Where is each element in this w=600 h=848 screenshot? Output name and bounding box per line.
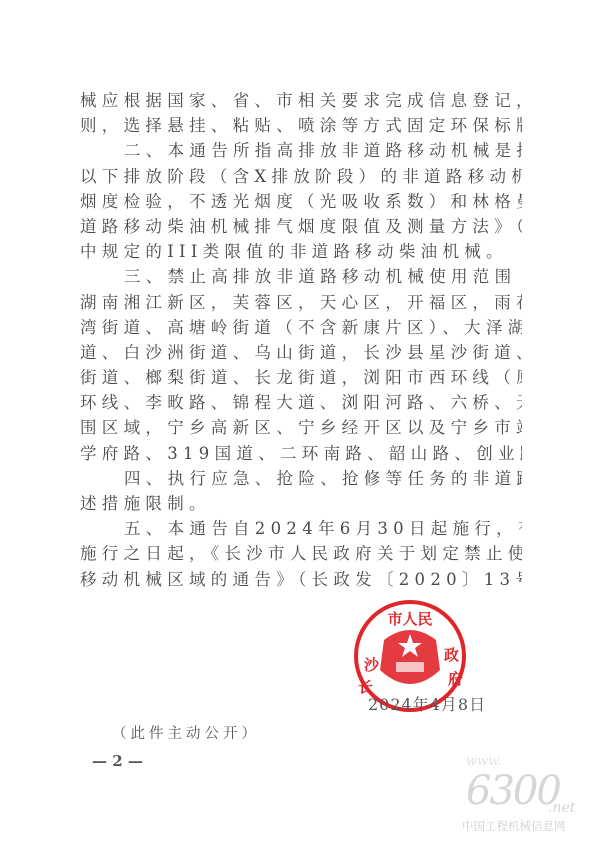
svg-text:沙: 沙	[364, 656, 380, 674]
watermark-number: 6300	[466, 768, 560, 814]
text-line: 施行之日起，《长沙市人民政府关于划定禁止使用高排放非道路	[80, 541, 522, 566]
text-line: 道、白沙洲街道、乌山街道，长沙县星沙街道、湘龙街道、泉塘	[80, 340, 522, 365]
text-line: 道路移动柴油机械排气烟度限值及测量方法》（GB 36886—2018）	[80, 214, 522, 239]
issue-date: 2024年4月8日	[368, 692, 486, 715]
notice-body: 械应根据国家、省、市相关要求完成信息登记，按照统一编码规则，选择悬挂、粘贴、喷涂…	[80, 88, 522, 592]
text-line: 则，选择悬挂、粘贴、喷涂等方式固定环保标牌。	[80, 113, 522, 138]
text-line: 四、执行应急、抢险、抢修等任务的非道路移动机械不受上	[80, 466, 522, 491]
text-line: 环线、李畋路、锦程大道、浏阳河路、六桥、天马路、金沙路合	[80, 390, 522, 415]
text-line: 械应根据国家、省、市相关要求完成信息登记，按照统一编码规	[80, 88, 522, 113]
text-line: 述措施限制。	[80, 491, 522, 516]
page-number: — 2 —	[92, 752, 143, 770]
text-line: 湖南湘江新区，芙蓉区，天心区，开福区，雨花区，望城区丁字	[80, 290, 522, 315]
svg-text:政: 政	[444, 646, 459, 664]
watermark-site-name: 中国工程机械信息网	[462, 818, 566, 834]
svg-text:市人民: 市人民	[387, 610, 432, 628]
text-line: 学府路、319国道、二环南路、韶山路、创业路合围区域。	[80, 441, 522, 466]
text-line: 街道、榔梨街道、长龙街道，浏阳市西环线（原平水路）、西北	[80, 365, 522, 390]
document-page: 械应根据国家、省、市相关要求完成信息登记，按照统一编码规则，选择悬挂、粘贴、喷涂…	[0, 0, 600, 848]
watermark-suffix: .net	[548, 800, 575, 816]
watermark-www: www.	[466, 754, 502, 769]
text-line: 湾街道、高塘岭街道（不含新康片区）、大泽湖街道、月亮岛街	[80, 315, 522, 340]
text-line: 五、本通告自2024年6月30日起施行，有效期5年。本通告	[80, 516, 522, 541]
public-note: （此件主动公开）	[112, 722, 260, 743]
text-line: 围区域，宁乡高新区、宁乡经开区以及宁乡市站前路、康宁路、	[80, 415, 522, 440]
text-line: 中规定的III类限值的非道路移动柴油机械。	[80, 239, 522, 264]
text-line: 三、禁止高排放非道路移动机械使用范围（即低排区）为：	[80, 264, 522, 289]
text-line: 移动机械区域的通告》（长政发〔2020〕13号）同时废止。	[80, 567, 522, 592]
text-line: 以下排放阶段（含X排放阶段）的非道路移动机械；（二）经排气	[80, 164, 522, 189]
text-line: 二、本通告所指高排放非道路移动机械是指：（一）国II及	[80, 138, 522, 163]
site-watermark: www. 6300 .net 中国工程机械信息网	[448, 762, 598, 842]
text-line: 烟度检验，不透光烟度（光吸收系数）和林格曼黑度级数超过《非	[80, 189, 522, 214]
svg-text:府: 府	[448, 670, 463, 688]
